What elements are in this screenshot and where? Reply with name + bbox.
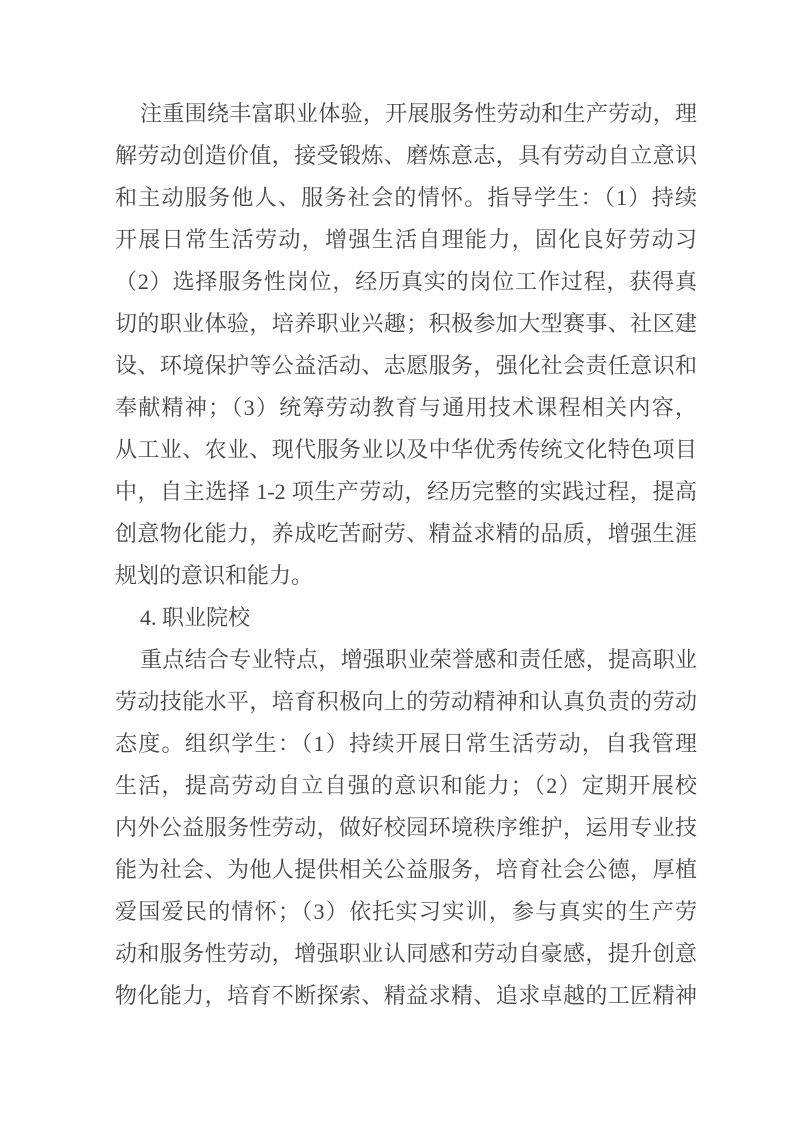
text-line: 规划的意识和能力。 bbox=[115, 555, 697, 597]
text-line: （2）选择服务性岗位，经历真实的岗位工作过程，获得真 bbox=[115, 261, 697, 303]
text-line: 设、环境保护等公益活动、志愿服务，强化社会责任意识和 bbox=[115, 345, 697, 387]
text-line: 爱国爱民的情怀；（3）依托实习实训，参与真实的生产劳 bbox=[115, 891, 697, 933]
text-line: 动和服务性劳动，增强职业认同感和劳动自豪感，提升创意 bbox=[115, 933, 697, 975]
text-line: 劳动技能水平，培育积极向上的劳动精神和认真负责的劳动 bbox=[115, 681, 697, 723]
body-paragraph: 重点结合专业特点，增强职业荣誉感和责任感，提高职业 劳动技能水平，培育积极向上的… bbox=[115, 639, 697, 1017]
document-page: 注重围绕丰富职业体验，开展服务性劳动和生产劳动，理 解劳动创造价值，接受锻炼、磨… bbox=[0, 0, 793, 1122]
text-line: 物化能力，培育不断探索、精益求精、追求卓越的工匠精神 bbox=[115, 975, 697, 1017]
text-block: 注重围绕丰富职业体验，开展服务性劳动和生产劳动，理 解劳动创造价值，接受锻炼、磨… bbox=[115, 93, 697, 1017]
text-line: 切的职业体验，培养职业兴趣；积极参加大型赛事、社区建 bbox=[115, 303, 697, 345]
text-line: 生活，提高劳动自立自强的意识和能力；（2）定期开展校 bbox=[115, 765, 697, 807]
text-line: 能为社会、为他人提供相关公益服务，培育社会公德，厚植 bbox=[115, 849, 697, 891]
text-line: 重点结合专业特点，增强职业荣誉感和责任感，提高职业 bbox=[115, 639, 697, 681]
text-line: 态度。组织学生：（1）持续开展日常生活劳动，自我管理 bbox=[115, 723, 697, 765]
section-heading: 4. 职业院校 bbox=[115, 597, 697, 639]
text-line: 和主动服务他人、服务社会的情怀。指导学生：（1）持续 bbox=[115, 177, 697, 219]
text-line: 奉献精神；（3）统筹劳动教育与通用技术课程相关内容， bbox=[115, 387, 697, 429]
text-line: 注重围绕丰富职业体验，开展服务性劳动和生产劳动，理 bbox=[115, 93, 697, 135]
heading-line: 4. 职业院校 bbox=[115, 597, 697, 639]
text-line: 内外公益服务性劳动，做好校园环境秩序维护，运用专业技 bbox=[115, 807, 697, 849]
text-line: 解劳动创造价值，接受锻炼、磨炼意志，具有劳动自立意识 bbox=[115, 135, 697, 177]
text-line: 中，自主选择 1-2 项生产劳动，经历完整的实践过程，提高 bbox=[115, 471, 697, 513]
text-line: 开展日常生活劳动，增强生活自理能力，固化良好劳动习惯； bbox=[115, 219, 697, 261]
body-paragraph: 注重围绕丰富职业体验，开展服务性劳动和生产劳动，理 解劳动创造价值，接受锻炼、磨… bbox=[115, 93, 697, 597]
text-line: 从工业、农业、现代服务业以及中华优秀传统文化特色项目 bbox=[115, 429, 697, 471]
text-line: 创意物化能力，养成吃苦耐劳、精益求精的品质，增强生涯 bbox=[115, 513, 697, 555]
